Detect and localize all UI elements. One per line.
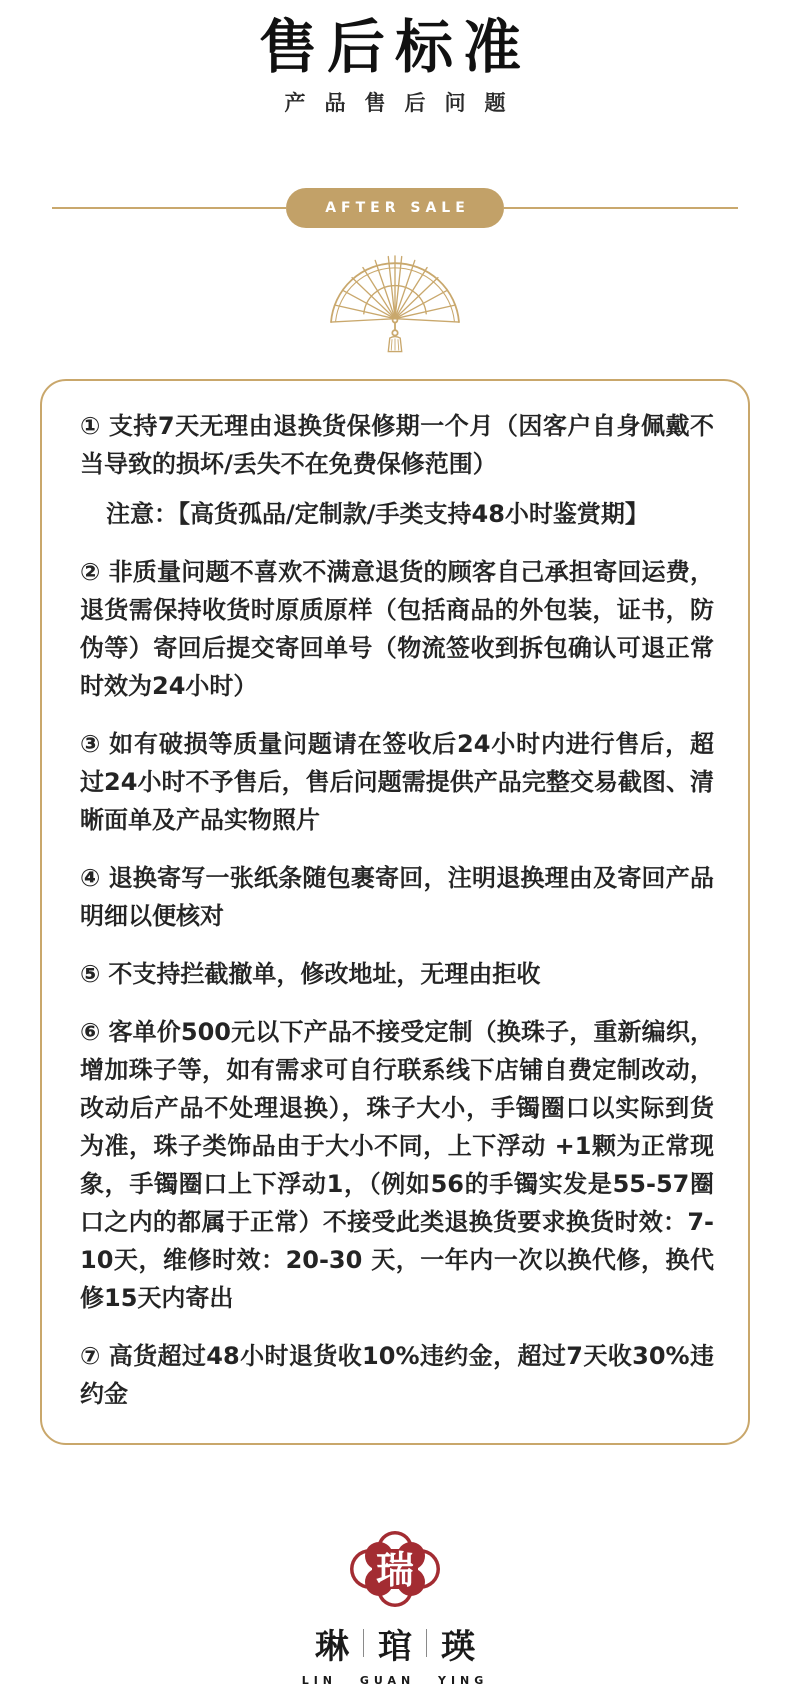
policy-item-7: ⑦高货超过48小时退货收10%违约金，超过7天收30%违约金 — [80, 1337, 714, 1413]
policy-item-4: ④退换寄写一张纸条随包裹寄回，注明退换理由及寄回产品明细以便核对 — [80, 859, 714, 935]
after-sale-badge: AFTER SALE — [286, 188, 504, 228]
brand-latin-name: LIN GUAN YING — [0, 1674, 790, 1687]
policy-body: 客单价500元以下产品不接受定制（换珠子，重新编织，增加珠子等，如有需求可自行联… — [80, 1018, 714, 1312]
after-sale-policy-box: ①支持7天无理由退换货保修期一个月（因客户自身佩戴不当导致的损坏/丢失不在免费保… — [40, 379, 750, 1445]
policy-body: 如有破损等质量问题请在签收后24小时内进行售后，超过24小时不予售后，售后问题需… — [80, 730, 714, 834]
policy-item-2: ②非质量问题不喜欢不满意退货的顾客自己承担寄回运费，退货需保持收货时原质原样（包… — [80, 553, 714, 705]
policy-text: ⑦高货超过48小时退货收10%违约金，超过7天收30%违约金 — [80, 1337, 714, 1413]
policy-number: ② — [80, 558, 101, 586]
section-divider: AFTER SALE — [52, 187, 738, 229]
brand-separator — [363, 1629, 364, 1657]
folding-fan-icon — [0, 247, 790, 359]
svg-text:瑞: 瑞 — [376, 1547, 414, 1592]
policy-body: 不支持拦截撤单，修改地址，无理由拒收 — [108, 960, 540, 988]
brand-char-2: 琯 — [378, 1619, 412, 1668]
policy-number: ⑦ — [80, 1342, 101, 1370]
policy-item-6: ⑥客单价500元以下产品不接受定制（换珠子，重新编织，增加珠子等，如有需求可自行… — [80, 1013, 714, 1317]
brand-char-1: 琳 — [315, 1619, 349, 1668]
policy-number: ③ — [80, 730, 101, 758]
policy-item-5: ⑤不支持拦截撤单，修改地址，无理由拒收 — [80, 955, 714, 993]
policy-text: ⑤不支持拦截撤单，修改地址，无理由拒收 — [80, 955, 714, 993]
divider-line-left — [52, 207, 286, 209]
policy-number: ⑤ — [80, 960, 100, 988]
divider-line-right — [504, 207, 738, 209]
policy-item-1: ①支持7天无理由退换货保修期一个月（因客户自身佩戴不当导致的损坏/丢失不在免费保… — [80, 407, 714, 533]
brand-seal-icon: 瑞 — [0, 1529, 790, 1609]
policy-note: 注意：【高货孤品/定制款/手类支持48小时鉴赏期】 — [80, 495, 714, 533]
brand-separator — [426, 1629, 427, 1657]
page-title: 售后标准 — [0, 14, 790, 81]
policy-text: ①支持7天无理由退换货保修期一个月（因客户自身佩戴不当导致的损坏/丢失不在免费保… — [80, 407, 714, 483]
policy-body: 高货超过48小时退货收10%违约金，超过7天收30%违约金 — [80, 1342, 714, 1408]
policy-text: ⑥客单价500元以下产品不接受定制（换珠子，重新编织，增加珠子等，如有需求可自行… — [80, 1013, 714, 1317]
policy-item-3: ③如有破损等质量问题请在签收后24小时内进行售后，超过24小时不予售后，售后问题… — [80, 725, 714, 839]
policy-number: ① — [80, 412, 101, 440]
brand-char-3: 瑛 — [441, 1619, 475, 1668]
brand-footer: 瑞 琳 琯 瑛 LIN GUAN YING — [0, 1529, 790, 1687]
policy-body: 支持7天无理由退换货保修期一个月（因客户自身佩戴不当导致的损坏/丢失不在免费保修… — [80, 412, 714, 478]
policy-text: ③如有破损等质量问题请在签收后24小时内进行售后，超过24小时不予售后，售后问题… — [80, 725, 714, 839]
header: 售后标准 产品售后问题 — [0, 0, 790, 117]
policy-text: ④退换寄写一张纸条随包裹寄回，注明退换理由及寄回产品明细以便核对 — [80, 859, 714, 935]
policy-body: 非质量问题不喜欢不满意退货的顾客自己承担寄回运费，退货需保持收货时原质原样（包括… — [80, 558, 714, 700]
policy-body: 退换寄写一张纸条随包裹寄回，注明退换理由及寄回产品明细以便核对 — [80, 864, 714, 930]
brand-name: 琳 琯 瑛 — [0, 1619, 790, 1668]
page-subtitle: 产品售后问题 — [0, 87, 790, 117]
policy-number: ④ — [80, 864, 101, 892]
policy-text: ②非质量问题不喜欢不满意退货的顾客自己承担寄回运费，退货需保持收货时原质原样（包… — [80, 553, 714, 705]
policy-number: ⑥ — [80, 1018, 100, 1046]
